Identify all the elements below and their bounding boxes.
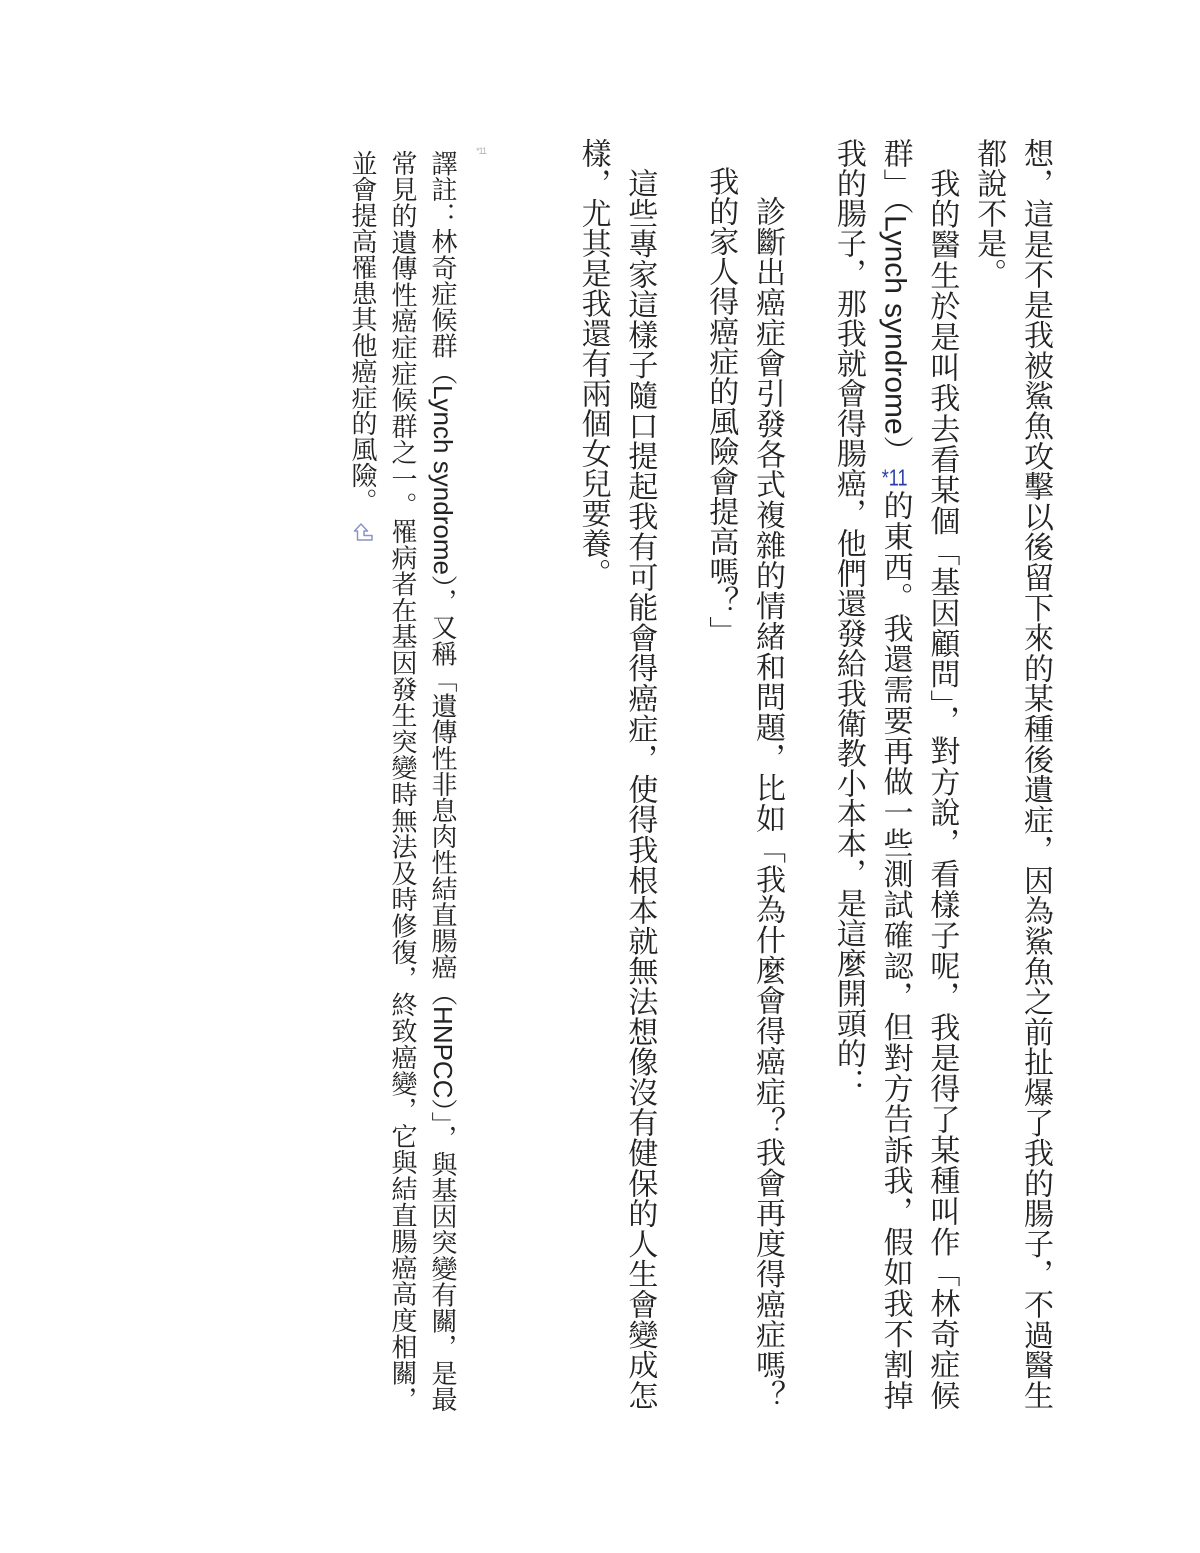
body-text: 想，這是不是我被鯊魚攻擊以後留下來的某種後遺症，因為鯊魚之前扯爆了我的腸子，不過… bbox=[498, 138, 1058, 1410]
translator-footnote: 譯註：林奇症候群（Lynch syndrome），又稱「遺傳性非息肉性結直腸癌（… bbox=[293, 150, 463, 1412]
book-page: 想，這是不是我被鯊魚攻擊以後留下來的某種後遺症，因為鯊魚之前扯爆了我的腸子，不過… bbox=[0, 0, 1200, 1553]
quoted-pamphlet-text: 診斷出癌症會引發各式複雜的情緒和問題，比如「我為什麼會得癌症？我會再度得癌症嗎？… bbox=[696, 138, 790, 1410]
footnote-reference-link[interactable]: *11 bbox=[882, 466, 908, 490]
footnote-ref-mark: *11 bbox=[476, 146, 486, 156]
footnote-text: 譯註：林奇症候群（Lynch syndrome），又稱「遺傳性非息肉性結直腸癌（… bbox=[348, 150, 458, 1412]
paragraph-genetic-counselor: 我的醫生於是叫我去看某個「基因顧問」，對方說，看樣子呢，我是得了某種叫作「林奇症… bbox=[824, 138, 964, 1410]
footnote-paragraph: 譯註：林奇症候群（Lynch syndrome），又稱「遺傳性非息肉性結直腸癌（… bbox=[343, 150, 463, 1412]
paragraph-experts: 這些專家這樣子隨口提起我有可能會得癌症，使得我根本就無法想像沒有健保的人生會變成… bbox=[569, 138, 663, 1410]
return-arrow-icon[interactable] bbox=[352, 522, 374, 544]
paragraph-continuation: 想，這是不是我被鯊魚攻擊以後留下來的某種後遺症，因為鯊魚之前扯爆了我的腸子，不過… bbox=[964, 138, 1058, 1410]
